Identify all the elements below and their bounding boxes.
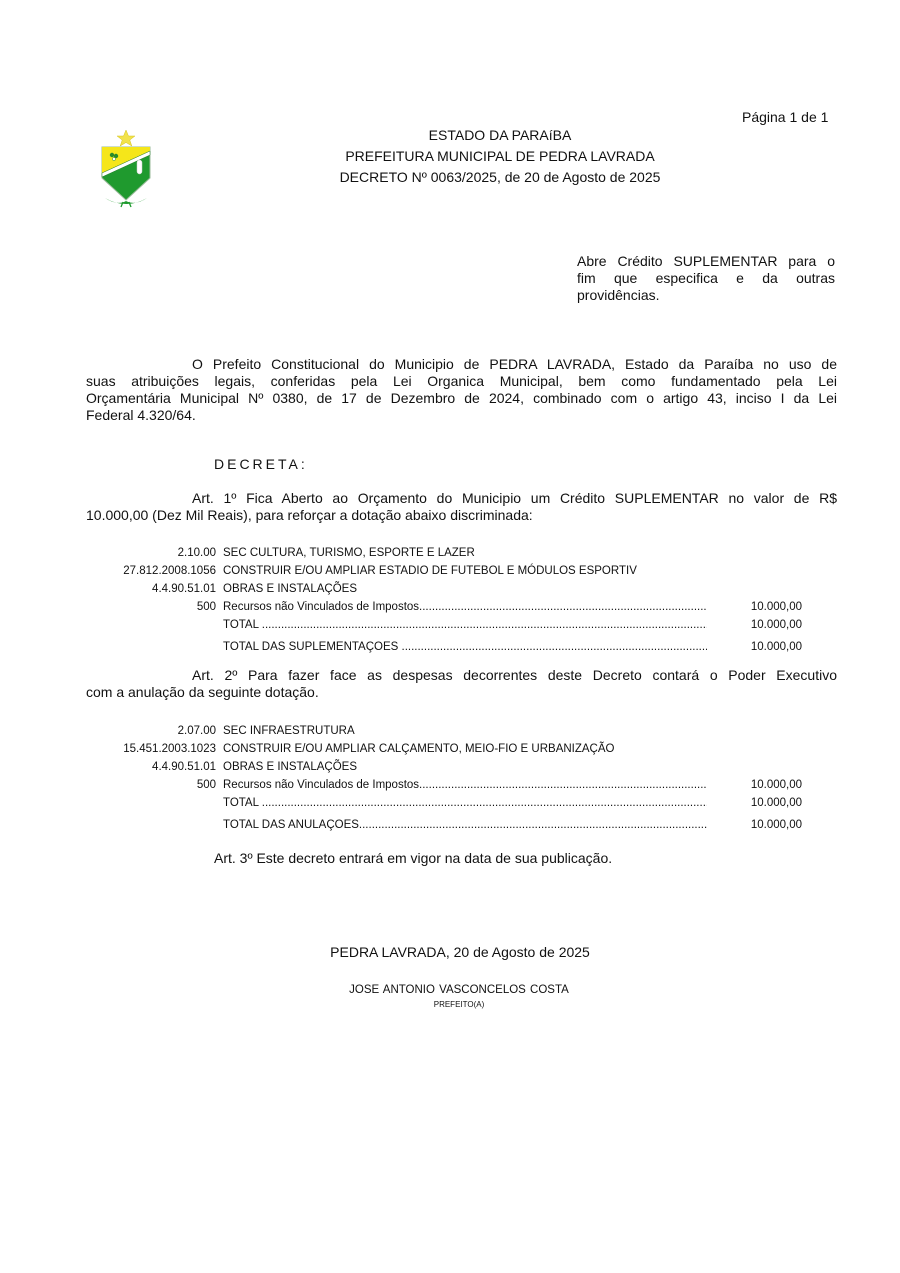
action-code: 15.451.2003.1023	[123, 743, 216, 755]
unit-code: 2.07.00	[178, 725, 216, 737]
preamble-line: O Prefeito Constitucional do Municipio d…	[86, 356, 837, 373]
unit-name: SEC CULTURA, TURISMO, ESPORTE E LAZER	[223, 547, 475, 559]
preamble-paragraph: O Prefeito Constitucional do Municipio d…	[86, 356, 837, 424]
source-value: 10.000,00	[751, 779, 802, 791]
table-row: 27.812.2008.1056 CONSTRUIR E/OU AMPLIAR …	[86, 565, 816, 581]
table-row: TOTAL DAS ANULAÇÕES.....................…	[86, 819, 816, 835]
table-row: 2.07.00 SEC INFRAESTRUTURA	[86, 725, 816, 741]
summary-line: fim que especifica e da outras	[577, 270, 835, 287]
article-1-line: 10.000,00 (Dez Mil Reais), para reforçar…	[86, 507, 837, 524]
article-1: Art. 1º Fica Aberto ao Orçamento do Muni…	[86, 490, 837, 524]
table-row: TOTAL DAS SUPLEMENTAÇÕES ...............…	[86, 641, 816, 657]
decree-title: DECRETO Nº 0063/2025, de 20 de Agosto de…	[250, 167, 750, 188]
preamble-line: Orçamentária Municipal Nº 0380, de 17 de…	[86, 390, 837, 407]
unit-code: 2.10.00	[178, 547, 216, 559]
coat-of-arms-logo	[97, 128, 155, 208]
total-label: TOTAL ..................................…	[223, 619, 707, 631]
action-name: CONSTRUIR E/OU AMPLIAR CALÇAMENTO, MEIO-…	[223, 743, 614, 755]
action-name: CONSTRUIR E/OU AMPLIAR ESTADIO DE FUTEBO…	[223, 565, 637, 577]
element-name: OBRAS E INSTALAÇÕES	[223, 761, 357, 773]
total-value: 10.000,00	[751, 797, 802, 809]
source-code: 500	[197, 601, 216, 613]
coat-of-arms-icon	[97, 128, 155, 208]
total-value: 10.000,00	[751, 619, 802, 631]
table-row: 15.451.2003.1023 CONSTRUIR E/OU AMPLIAR …	[86, 743, 816, 759]
table-row: 500 Recursos não Vinculados de Impostos.…	[86, 601, 816, 617]
table-row: TOTAL ..................................…	[86, 797, 816, 813]
signer-name: JOSE ANTONIO VASCONCELOS COSTA	[0, 984, 900, 996]
document-header: ESTADO DA PARAíBA PREFEITURA MUNICIPAL D…	[250, 125, 750, 188]
table-row: TOTAL ..................................…	[86, 619, 816, 635]
article-2-line: com a anulação da seguinte dotação.	[86, 684, 837, 701]
page-number: Página 1 de 1	[742, 109, 828, 125]
article-2: Art. 2º Para fazer face as despesas deco…	[86, 667, 837, 701]
article-3: Art. 3º Este decreto entrará em vigor na…	[214, 850, 612, 866]
signer-role: PREFEITO(A)	[0, 1000, 900, 1009]
total-label: TOTAL ..................................…	[223, 797, 707, 809]
grand-total-label: TOTAL DAS SUPLEMENTAÇÕES ...............…	[223, 641, 707, 653]
decreta-heading: DECRETA:	[214, 456, 308, 472]
decree-summary: Abre Crédito SUPLEMENTAR para o fim que …	[577, 253, 835, 304]
grand-total-value: 10.000,00	[751, 641, 802, 653]
source-name: Recursos não Vinculados de Impostos.....…	[223, 779, 707, 791]
article-2-line: Art. 2º Para fazer face as despesas deco…	[86, 667, 837, 684]
summary-line: providências.	[577, 287, 835, 304]
place-date: PEDRA LAVRADA, 20 de Agosto de 2025	[0, 944, 900, 960]
element-code: 4.4.90.51.01	[152, 761, 216, 773]
element-name: OBRAS E INSTALAÇÕES	[223, 583, 357, 595]
municipality-name: PREFEITURA MUNICIPAL DE PEDRA LAVRADA	[250, 146, 750, 167]
source-value: 10.000,00	[751, 601, 802, 613]
preamble-line: suas atribuições legais, conferidas pela…	[86, 373, 837, 390]
table-row: 4.4.90.51.01 OBRAS E INSTALAÇÕES	[86, 583, 816, 599]
unit-name: SEC INFRAESTRUTURA	[223, 725, 355, 737]
source-code: 500	[197, 779, 216, 791]
summary-line: Abre Crédito SUPLEMENTAR para o	[577, 253, 835, 270]
grand-total-label: TOTAL DAS ANULAÇÕES.....................…	[223, 819, 707, 831]
table-row: 500 Recursos não Vinculados de Impostos.…	[86, 779, 816, 795]
preamble-line: Federal 4.320/64.	[86, 407, 837, 424]
article-1-line: Art. 1º Fica Aberto ao Orçamento do Muni…	[86, 490, 837, 507]
grand-total-value: 10.000,00	[751, 819, 802, 831]
table-row: 2.10.00 SEC CULTURA, TURISMO, ESPORTE E …	[86, 547, 816, 563]
source-name: Recursos não Vinculados de Impostos.....…	[223, 601, 707, 613]
state-name: ESTADO DA PARAíBA	[250, 125, 750, 146]
table-row: 4.4.90.51.01 OBRAS E INSTALAÇÕES	[86, 761, 816, 777]
element-code: 4.4.90.51.01	[152, 583, 216, 595]
action-code: 27.812.2008.1056	[123, 565, 216, 577]
